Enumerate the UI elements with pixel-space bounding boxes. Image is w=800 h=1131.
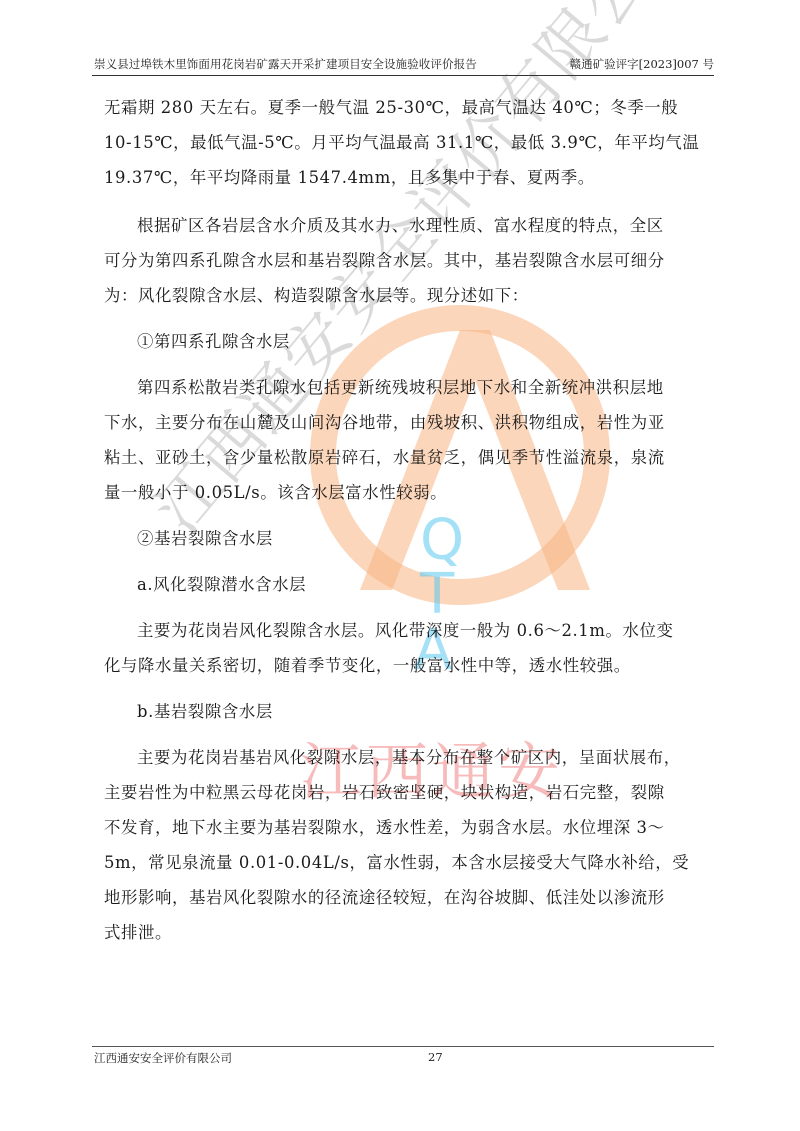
footer-company: 江西通安安全评价有限公司 [94, 1050, 232, 1066]
text-line: 不发育，地下水主要为基岩裂隙水，透水性差，为弱含水层。水位埋深 3～ [104, 816, 665, 840]
text-line: 量一般小于 0.05L/s。该含水层富水性较弱。 [104, 481, 447, 505]
report-title: 崇义县过埠铁木里饰面用花岗岩矿露天开采扩建项目安全设施验收评价报告 [94, 56, 477, 72]
text-line: 10-15℃，最低气温-5℃。月平均气温最高 31.1℃，最低 3.9℃，年平均… [104, 131, 699, 155]
text-line: 无霜期 280 天左右。夏季一般气温 25-30℃，最高气温达 40℃；冬季一般 [104, 96, 678, 120]
text-line: 5m，常见泉流量 0.01-0.04L/s，富水性弱，本含水层接受大气降水补给，… [104, 851, 689, 875]
text-line: 为：风化裂隙含水层、构造裂隙含水层等。现分述如下： [104, 284, 529, 308]
section-heading: ②基岩裂隙含水层 [137, 527, 273, 551]
document-number: 赣通矿验评字[2023]007 号 [570, 56, 714, 72]
text-line: 下水，主要分布在山麓及山间沟谷地带，由残坡积、洪积物组成，岩性为亚 [104, 411, 665, 435]
text-line: 式排泄。 [104, 921, 172, 945]
footer-divider [92, 1046, 714, 1047]
text-line: 根据矿区各岩层含水介质及其水力、水理性质、富水程度的特点，全区 [137, 214, 664, 238]
subsection-heading: b.基岩裂隙含水层 [137, 700, 273, 724]
text-line: 化与降水量关系密切，随着季节变化，一般富水性中等，透水性较强。 [104, 654, 631, 678]
text-line: 主要岩性为中粒黑云母花岗岩，岩石致密坚硬，块状构造，岩石完整，裂隙 [104, 781, 665, 805]
page-number: 27 [428, 1050, 443, 1064]
header-divider [92, 75, 714, 76]
page-footer: 江西通安安全评价有限公司 27 [92, 1050, 714, 1068]
section-heading: ①第四系孔隙含水层 [137, 330, 290, 354]
text-line: 可分为第四系孔隙含水层和基岩裂隙含水层。其中，基岩裂隙含水层可细分 [104, 249, 665, 273]
text-line: 主要为花岗岩风化裂隙含水层。风化带深度一般为 0.6～2.1m。水位变 [137, 619, 673, 643]
text-line: 粘土、亚砂土，含少量松散原岩碎石，水量贫乏，偶见季节性溢流泉，泉流 [104, 446, 665, 470]
text-line: 地形影响，基岩风化裂隙水的径流途径较短，在沟谷坡脚、低洼处以渗流形 [104, 886, 665, 910]
document-page: Q T A 江西通安 江西通安安全评价有限公司 崇义县过埠铁木里饰面用花岗岩矿露… [0, 0, 800, 1131]
subsection-heading: a.风化裂隙潜水含水层 [137, 573, 306, 597]
text-line: 主要为花岗岩基岩风化裂隙水层，基本分布在整个矿区内，呈面状展布， [137, 746, 681, 770]
page-header: 崇义县过埠铁木里饰面用花岗岩矿露天开采扩建项目安全设施验收评价报告 赣通矿验评字… [92, 54, 714, 74]
text-line: 第四系松散岩类孔隙水包括更新统残坡积层地下水和全新统冲洪积层地 [137, 376, 664, 400]
text-line: 19.37℃，年平均降雨量 1547.4mm，且多集中于春、夏两季。 [104, 166, 595, 190]
